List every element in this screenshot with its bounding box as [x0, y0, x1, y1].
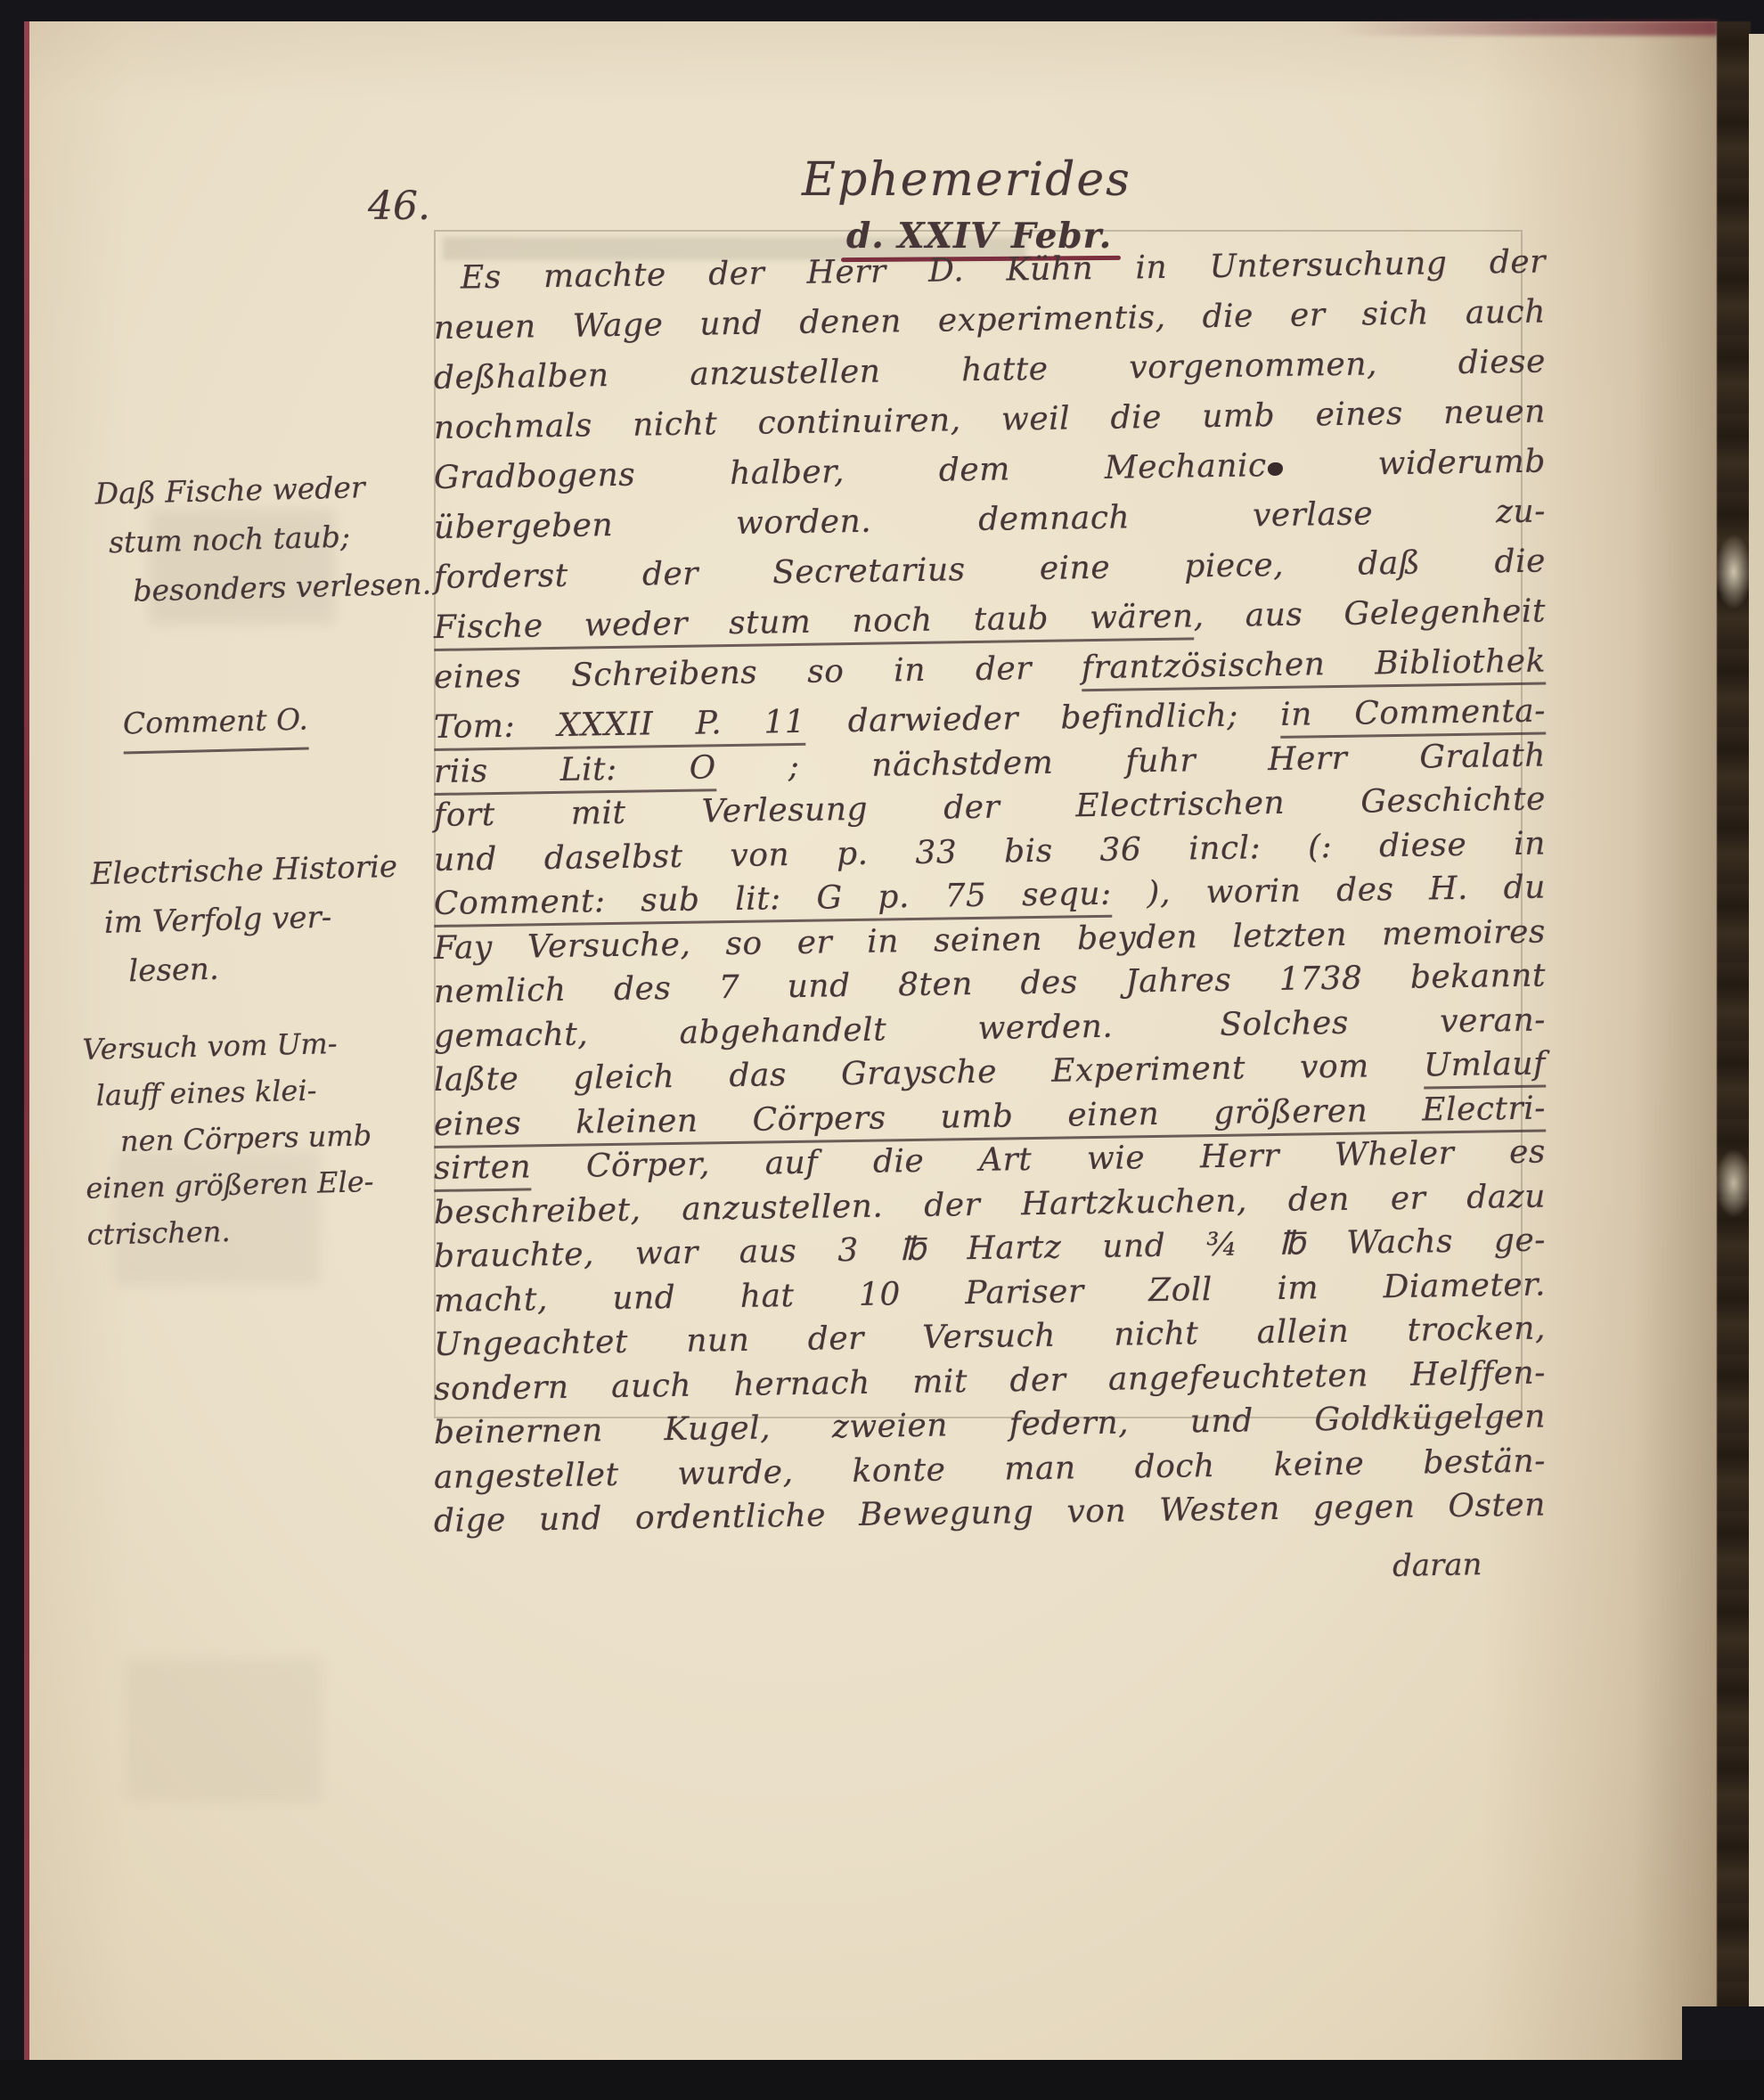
margin-note-0: Daß Fische wederstum noch taub;besonders… [94, 461, 432, 616]
margin-note-line: lauff eines klei- [83, 1066, 372, 1119]
margin-note-line: Comment O. [122, 694, 308, 754]
manuscript-scan: 46. Ephemerides d. XXIV Febr. Daß Fische… [0, 0, 1764, 2100]
text-segment: , aus Gelegenheit [1193, 592, 1546, 634]
margin-note-3: Versuch vom Um-lauff eines klei-nen Cörp… [82, 1019, 375, 1258]
page-number: 46. [368, 184, 430, 229]
ink-blot [1268, 462, 1283, 476]
margin-note-line: Electrische Historie [90, 843, 398, 899]
text-segment: sirten [434, 1148, 532, 1192]
margin-note-line: Daß Fische weder [94, 461, 429, 518]
text-segment: Solches veran- [1220, 1001, 1546, 1042]
margin-note-line: ctrischen. [86, 1205, 375, 1258]
text-segment: in Commenta- [1280, 692, 1546, 738]
margin-note-line: besonders verlesen. [97, 559, 432, 616]
catchword: daran [1392, 1547, 1482, 1584]
text-segment: Umlauf [1424, 1045, 1547, 1089]
book-gutter-edge [1717, 21, 1751, 2060]
text-segment: Tom: XXXII P. 11 [434, 704, 806, 751]
line-gap [871, 530, 978, 532]
margin-note-line: nen Cörpers umb [84, 1112, 372, 1165]
margin-note-line: lesen. [93, 941, 401, 997]
text-segment: frantzösischen Bibliothek [1082, 642, 1547, 691]
facing-page-ghost-text [127, 1659, 321, 1802]
text-segment: ), worin des H. du [1111, 869, 1546, 911]
page-top-red-edge [1336, 20, 1718, 36]
text-segment: riis Lit: O [434, 749, 716, 796]
text-segment: darwieder befindlich; [805, 697, 1281, 740]
next-page-edge [1749, 34, 1764, 2021]
margin-note-line: einen größeren Ele- [86, 1158, 374, 1212]
line-gap [1114, 1034, 1221, 1036]
margin-note-line: Versuch vom Um- [82, 1019, 371, 1073]
text-segment: widerumb [1283, 443, 1546, 483]
scan-background-bottom [0, 2060, 1764, 2100]
text-segment: übergeben worden. [434, 503, 872, 546]
margin-note-line: stum noch taub; [95, 510, 430, 567]
margin-note-1: Comment O. [122, 694, 308, 754]
margin-note-line: im Verfolg ver- [91, 892, 399, 948]
margin-note-2: Electrische Historieim Verfolg ver-lesen… [90, 843, 400, 997]
page-title: Ephemerides [802, 153, 1131, 207]
